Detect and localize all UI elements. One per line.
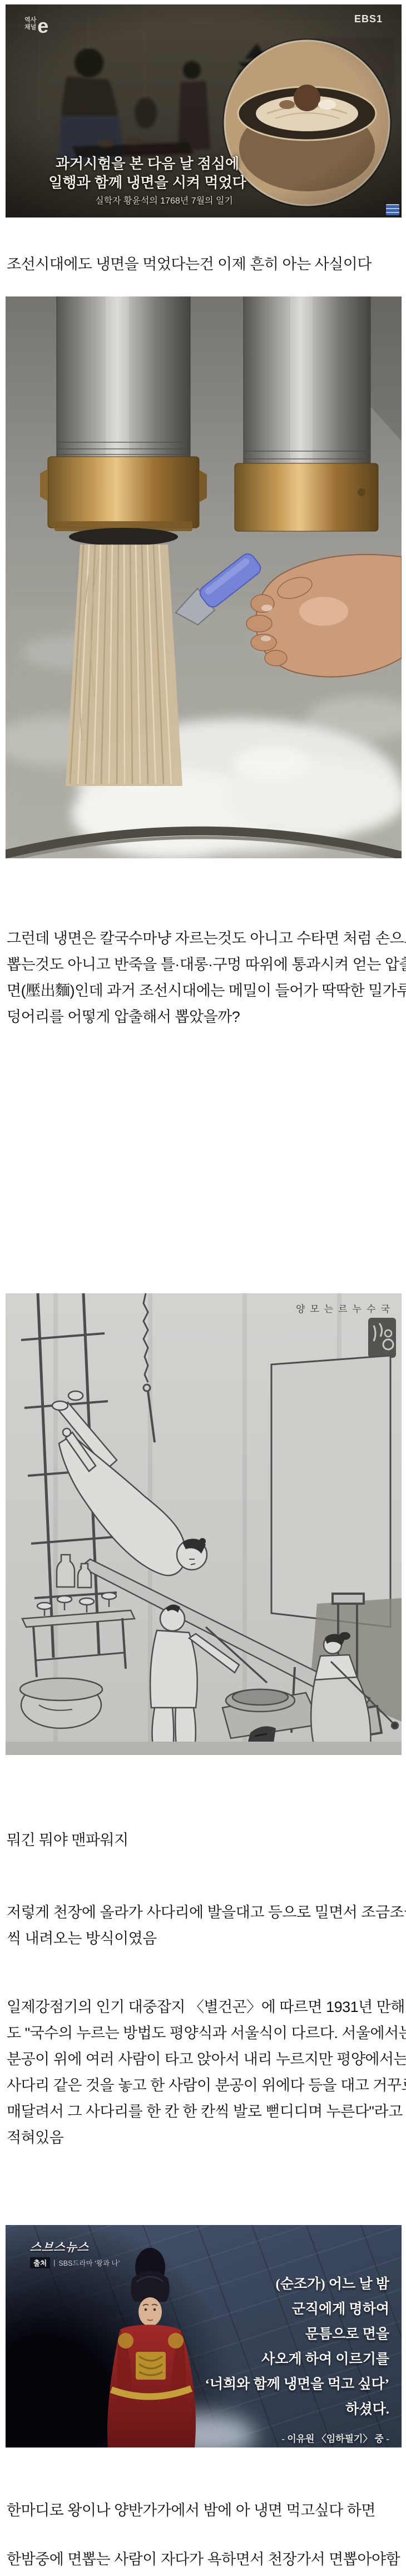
ebs-capture-image: 역사 채널 e EBS1 과거시험을 본 다음 날 점심에 일행과 함께 냉면을… [6, 4, 402, 217]
post-page: 역사 채널 e EBS1 과거시험을 본 다음 날 점심에 일행과 함께 냉면을… [0, 0, 406, 2576]
source-label: 출처 [30, 2257, 50, 2268]
history-channel-logo-line2: 채널 [24, 24, 36, 31]
joseon-press-art: 양모는르누수국 [6, 1293, 402, 1755]
paragraph-3-line: 뭐긴 뭐야 맨파워지 [7, 1827, 403, 1853]
paragraph-4-line: 씩 내려오는 방식이였음 [7, 1926, 403, 1952]
paragraph-4: 저렇게 천장에 올라가 사다리에 발을대고 등으로 밀면서 조금조금 씩 내려오… [7, 1900, 403, 1952]
paragraph-6-line: 한마디로 왕이나 양반가가에서 밤에 아 냉면 먹고싶다 하면 [7, 2498, 403, 2524]
paragraph-2-line: 덩어리를 어떻게 압출해서 뽑았을까? [7, 1004, 403, 1030]
sbs-news-logo: 스브스뉴스 [29, 2238, 90, 2255]
quote-attribution: - 이유원 〈임하필기〉 중 - [184, 2426, 389, 2448]
paragraph-6: 한마디로 왕이나 양반가가에서 밤에 아 냉면 먹고싶다 하면 [7, 2498, 403, 2524]
quote-line: 군직에게 명하여 [184, 2297, 389, 2322]
ebs-caption-credit: 실학자 황윤석의 1768년 7월의 일기 [67, 194, 261, 206]
brass-collar-left [48, 457, 199, 528]
quote-line: 하셨다. [184, 2397, 389, 2422]
quote-line: (순조가) 어느 날 밤 [184, 2272, 389, 2297]
quote-line: 문틈으로 면을 [184, 2322, 389, 2347]
folding-screen [271, 1356, 390, 1627]
royal-hat-front [131, 2271, 169, 2302]
press-cylinder-right [235, 296, 378, 531]
king-face [138, 2297, 162, 2326]
paragraph-5-line: 도 "국수의 누르는 방법도 평양식과 서울식이 다르다. 서울에서는 [7, 2020, 403, 2046]
source-value: SBS드라마 ‘왕과 나’ [58, 2258, 120, 2268]
ebs1-logo: EBS1 [354, 13, 383, 25]
noodle-press-photo [6, 296, 402, 858]
quote-line: 사오게 하여 이르기를 [184, 2347, 389, 2372]
gold-shoulder-emblem [168, 2333, 184, 2348]
paragraph-7: 한밤중에 면뽑는 사람이 자다가 욕하면서 천장가서 면뽑아야함 [7, 2547, 403, 2573]
ebs-caption-line1: 과거시험을 본 다음 날 점심에 [22, 152, 273, 173]
joseon-press-illustration: 양모는르누수국 [6, 1293, 402, 1755]
red-seal-stamp [368, 1318, 396, 1358]
illustration-inscription: 양모는르누수국 [296, 1304, 395, 1314]
paragraph-2-line: 면(壓出麵)인데 과거 조선시대에는 메밀이 들어가 딱딱한 밀가루 [7, 978, 403, 1004]
noodle-strands [66, 545, 182, 786]
paragraph-1: 조선시대에도 냉면을 먹었다는건 이제 흔히 아는 사실이다 [7, 251, 403, 278]
history-channel-e-logo: 역사 채널 e [24, 17, 48, 36]
source-divider: | [53, 2259, 55, 2267]
quote-line: ‘너희와 함께 냉면을 먹고 싶다’ [184, 2372, 389, 2397]
history-channel-logo-line1: 역사 [24, 17, 36, 24]
paragraph-4-line: 저렇게 천장에 올라가 사다리에 발을대고 등으로 밀면서 조금조금 [7, 1900, 403, 1926]
scan-caption-strip [6, 1742, 402, 1755]
sbs-drama-capture: 스브스뉴스 출처 | SBS드라마 ‘왕과 나’ (순조가) 어느 날 밤 군직… [6, 2225, 402, 2448]
source-credit: 출처 | SBS드라마 ‘왕과 나’ [30, 2257, 120, 2268]
press-cylinder-left [40, 296, 207, 546]
paragraph-5-line: 사다리 같은 것을 놓고 한 사람이 분공이 위에다 등을 대고 거꾸로 [7, 2073, 403, 2099]
ebs-caption-line2: 일행과 함께 냉면을 시켜 먹었다 [17, 171, 278, 192]
paragraph-5-line: 적혀있음 [7, 2125, 403, 2151]
brass-collar-right [235, 463, 378, 531]
paragraph-5: 일제강점기의 인기 대중잡지 〈별건곤〉에 따르면 1931년 만해 도 "국수… [7, 1994, 403, 2151]
paragraph-2-line: 뽑는것도 아니고 반죽을 틀·대롱·구멍 따위에 통과시켜 얻는 압출 [7, 952, 403, 978]
paragraph-1-line: 조선시대에도 냉면을 먹었다는건 이제 흔히 아는 사실이다 [7, 251, 403, 278]
paragraph-7-line: 한밤중에 면뽑는 사람이 자다가 욕하면서 천장가서 면뽑아야함 [7, 2547, 403, 2573]
paragraph-5-line: 분공이 위에 여러 사람이 타고 앉아서 내리 누르지만 평양에서는 [7, 2046, 403, 2073]
watermark-badge [386, 204, 399, 215]
history-channel-logo-e: e [37, 17, 48, 36]
drama-quote: (순조가) 어느 날 밤 군직에게 명하여 문틈으로 면을 사오게 하여 이르기… [184, 2272, 389, 2448]
paragraph-3: 뭐긴 뭐야 맨파워지 [7, 1827, 403, 1853]
noodle-press-art [6, 296, 402, 858]
paragraph-5-line: 일제강점기의 인기 대중잡지 〈별건곤〉에 따르면 1931년 만해 [7, 1994, 403, 2020]
paragraph-2: 그런데 냉면은 칼국수마냥 자르는것도 아니고 수타면 처럼 손으로 뽑는것도 … [7, 926, 403, 1030]
gold-shoulder-emblem [118, 2333, 133, 2348]
paragraph-2-line: 그런데 냉면은 칼국수마냥 자르는것도 아니고 수타면 처럼 손으로 [7, 926, 403, 952]
paragraph-5-line: 매달려서 그 사다리를 한 칸 한 칸씩 발로 뻗디디며 누른다"라고 [7, 2099, 403, 2125]
